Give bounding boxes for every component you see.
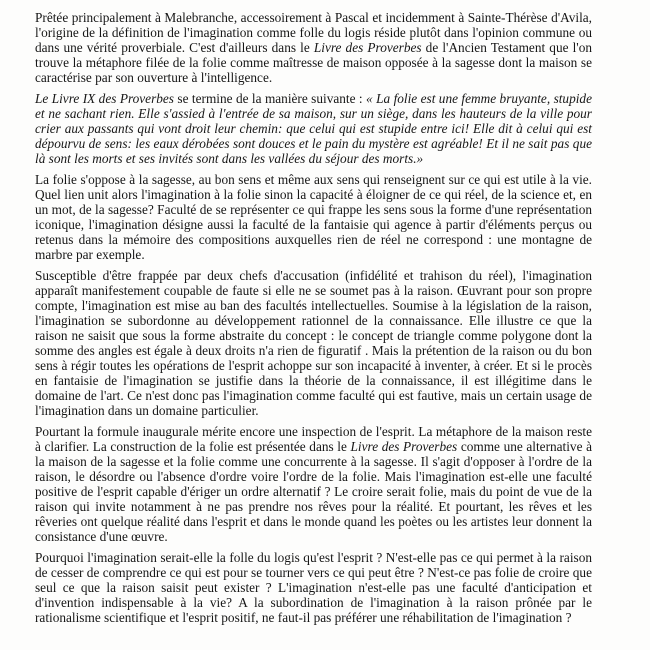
paragraph-2-narration: se termine de la manière suivante : xyxy=(174,91,366,106)
paragraph-origin-folle-du-logis: Prêtée principalement à Malebranche, acc… xyxy=(35,10,592,85)
paragraph-proverbs-quote: Le Livre IX des Proverbes se termine de … xyxy=(35,91,592,166)
paragraph-4-text: Susceptible d'être frappée par deux chef… xyxy=(35,268,592,418)
paragraph-accusation-imagination: Susceptible d'être frappée par deux chef… xyxy=(35,268,592,418)
paragraph-folie-vs-sagesse: La folie s'oppose à la sagesse, au bon s… xyxy=(35,172,592,262)
paragraph-5-text-tail: comme une alternative à la maison de la … xyxy=(35,439,592,544)
book-title-livre-des-proverbes-2: Livre des Proverbes xyxy=(351,439,458,454)
paragraph-6-text: Pourquoi l'imagination serait-elle la fo… xyxy=(35,550,592,625)
book-title-livre-des-proverbes: Livre des Proverbes xyxy=(314,40,422,55)
article-body: Prêtée principalement à Malebranche, acc… xyxy=(35,10,592,631)
paragraph-rehabilitation-questions: Pourquoi l'imagination serait-elle la fo… xyxy=(35,550,592,625)
paragraph-3-text: La folie s'oppose à la sagesse, au bon s… xyxy=(35,172,592,262)
document-page: Prêtée principalement à Malebranche, acc… xyxy=(0,0,650,650)
book-title-livre-ix-des-proverbes: Le Livre IX des Proverbes xyxy=(35,91,174,106)
paragraph-metaphore-maison: Pourtant la formule inaugurale mérite en… xyxy=(35,424,592,544)
